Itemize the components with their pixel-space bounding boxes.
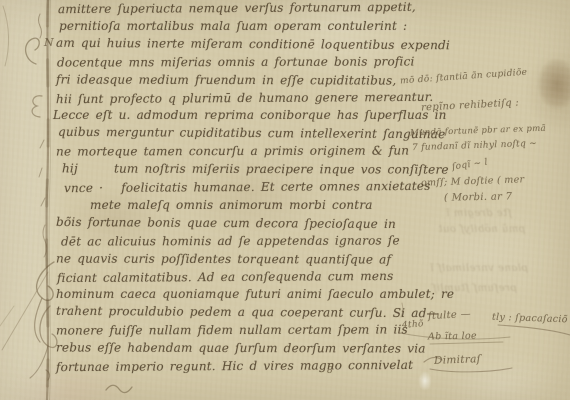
margin-note: Dimitraſ [434, 353, 481, 367]
bleedthrough-line: plane vnrelimalſ ī [430, 263, 528, 274]
margin-note: omſſ; M doſtie ( mer [421, 174, 525, 189]
manuscript-text-line: dēt ac alicuius hominis ad ſe appetendas… [61, 233, 400, 248]
bleedthrough-line: pmũ nõbilyſ out [438, 224, 525, 235]
manuscript-text-line: am qui huius inerte miſeram conditionē l… [56, 36, 450, 52]
pen-flourish-large [37, 262, 54, 300]
manuscript-text-line: ficiant calamitatibus. Ad ea conſequenda… [57, 268, 394, 284]
manuscript-text-line: trahent proculdubio pedem a qua coeperan… [56, 304, 439, 320]
margin-note: Mundā fortunẽ pbr ar ex pmã [410, 124, 546, 139]
manuscript-page: ſte dregim īpmũ nõbilyſ outplane vnrelim… [0, 0, 570, 400]
manuscript-text-line: ne morteque tamen concurſu a primis orig… [56, 144, 409, 159]
margin-note: ſtulte — [428, 309, 471, 322]
manuscript-text-line: bõis fortunae bonis quae cum decora ſpec… [56, 215, 396, 231]
margin-note: tly : ſpacaſaciõ [492, 312, 568, 326]
manuscript-text-line: ne quavis curis poſſidentes torqueant qu… [56, 251, 391, 266]
manuscript-text-line: amittere ſuperiucta nemque verſus fortun… [58, 0, 416, 16]
margin-note: 4thõ [402, 319, 424, 330]
manuscript-text-line: fortunae imperio regunt. Hic d vires mag… [56, 358, 413, 374]
fold-line [47, 0, 49, 400]
margin-note: mō dō: ſtantiā ãn cupidiõe [400, 68, 528, 87]
margin-note: repĩno rehibetiſq : [421, 97, 520, 113]
manuscript-text-line: docentque mns miſerias omnis a fortunae … [57, 54, 415, 69]
bleedthrough-line: ſte dregim ī [446, 208, 511, 219]
manuscript-text-line: hij tum noſtris miſeriis praecipere inqu… [62, 161, 449, 176]
manuscript-text-line: fri ideasque medium fruendum in eſſe cup… [56, 72, 396, 87]
manuscript-text-line: hominum caeca quoniamque futuri animi ſa… [56, 287, 454, 301]
manuscript-text-line: mete maleſq omnis animorum morbi contra [90, 198, 373, 212]
manuscript-text-line: Lecce eſt u. admodum reprima coniborque … [53, 108, 447, 122]
manuscript-text-line: vnce · foelicitatis humanae. Et certe om… [64, 179, 431, 195]
note-underline [498, 325, 570, 335]
manuscript-text-line: rebus eſſe habendam quae ſurſum deorſum … [56, 341, 426, 356]
hairline-stroke [2, 272, 48, 350]
margin-note: 8 [327, 366, 333, 376]
margin-note: ſoqĩ ~ l [451, 158, 488, 173]
manuscript-text-line: pernitioſa mortalibus mala ſuam operam c… [59, 19, 407, 33]
margin-note: Ab ĩta loe [428, 331, 477, 343]
manuscript-text-line: quibus merguntur cupiditatibus cum intel… [58, 125, 446, 141]
manuscript-text-line: hii ſunt profecto q plurimū de humano ge… [56, 89, 433, 105]
margin-note: ( Morbi. ar 7 [444, 191, 512, 203]
margin-note: N [44, 36, 54, 49]
margin-squiggle [39, 14, 42, 38]
pen-curl [26, 38, 40, 64]
manuscript-text-line: monere fuiſſe nullam fidem nullam certam… [56, 323, 408, 338]
